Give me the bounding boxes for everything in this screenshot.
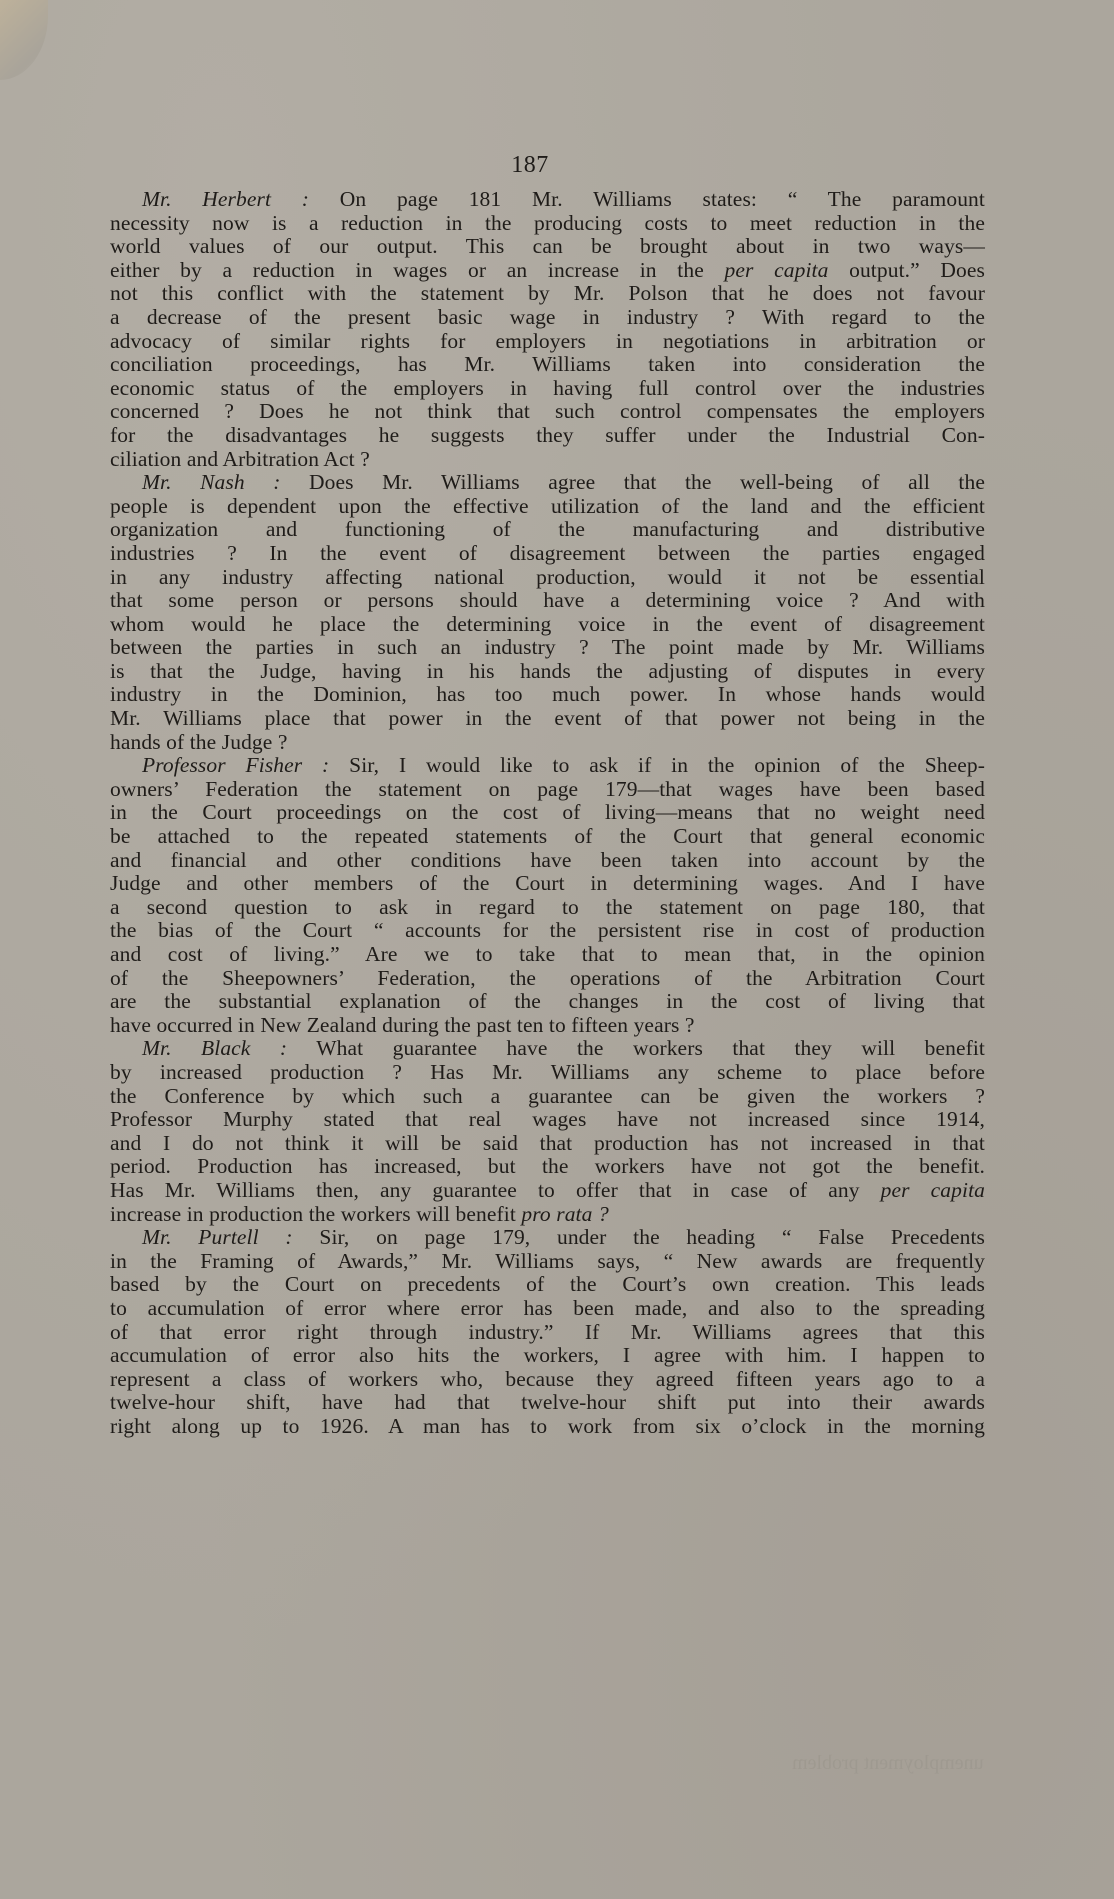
text-line: in the Framing of Awards,” Mr. Williams … (110, 1250, 985, 1274)
speaker-name: Professor Fisher : (142, 753, 329, 777)
text-line: the Conference by which such a guarantee… (110, 1085, 985, 1109)
text-line: Mr. Williams place that power in the eve… (110, 707, 985, 731)
text-line: period. Production has increased, but th… (110, 1155, 985, 1179)
text-line: are the substantial explanation of the c… (110, 990, 985, 1014)
speaker-paragraph: Mr. Nash : Does Mr. Williams agree that … (110, 471, 985, 754)
text-line: of the Sheepowners’ Federation, the oper… (110, 967, 985, 991)
speaker-name: Mr. Nash : (142, 470, 280, 494)
text-line: world values of our output. This can be … (110, 235, 985, 259)
text-line: is that the Judge, having in his hands t… (110, 660, 985, 684)
text-line: to accumulation of error where error has… (110, 1297, 985, 1321)
speaker-paragraph: Mr. Herbert : On page 181 Mr. Williams s… (110, 188, 985, 471)
text-line: represent a class of workers who, becaus… (110, 1368, 985, 1392)
text-line: based by the Court on precedents of the … (110, 1273, 985, 1297)
text-line: accumulation of error also hits the work… (110, 1344, 985, 1368)
text-line: by increased production ? Has Mr. Willia… (110, 1061, 985, 1085)
text-line: whom would he place the determining voic… (110, 613, 985, 637)
text-line: a decrease of the present basic wage in … (110, 306, 985, 330)
text-line: owners’ Federation the statement on page… (110, 778, 985, 802)
italic-phrase: per capita (725, 258, 829, 282)
text-line: people is dependent upon the effective u… (110, 495, 985, 519)
text-line: Has Mr. Williams then, any guarantee to … (110, 1179, 985, 1203)
text-line: twelve-hour shift, have had that twelve-… (110, 1391, 985, 1415)
page-corner-stain (0, 0, 48, 80)
speaker-name: Mr. Black : (142, 1036, 287, 1060)
text-line: conciliation proceedings, has Mr. Willia… (110, 353, 985, 377)
text-line: the bias of the Court “ accounts for the… (110, 919, 985, 943)
text-line: increase in production the workers will … (110, 1203, 985, 1227)
text-line: Mr. Black : What guarantee have the work… (110, 1037, 985, 1061)
speaker-paragraph: Mr. Purtell : Sir, on page 179, under th… (110, 1226, 985, 1438)
text-line: industries ? In the event of disagreemen… (110, 542, 985, 566)
text-line: that some person or persons should have … (110, 589, 985, 613)
italic-phrase: pro rata ? (521, 1202, 608, 1226)
text-line: Mr. Nash : Does Mr. Williams agree that … (110, 471, 985, 495)
speaker-paragraph: Professor Fisher : Sir, I would like to … (110, 754, 985, 1037)
text-line: Mr. Purtell : Sir, on page 179, under th… (110, 1226, 985, 1250)
speaker-paragraph: Mr. Black : What guarantee have the work… (110, 1037, 985, 1226)
text-line: and I do not think it will be said that … (110, 1132, 985, 1156)
text-line: of that error right through industry.” I… (110, 1321, 985, 1345)
text-line: not this conflict with the statement by … (110, 282, 985, 306)
bleed-through-text: unemployment problem (792, 1752, 984, 1775)
text-line: ciliation and Arbitration Act ? (110, 448, 985, 472)
text-line: either by a reduction in wages or an inc… (110, 259, 985, 283)
text-line: be attached to the repeated statements o… (110, 825, 985, 849)
text-line: have occurred in New Zealand during the … (110, 1014, 985, 1038)
text-line: and cost of living.” Are we to take that… (110, 943, 985, 967)
speaker-name: Mr. Purtell : (142, 1225, 293, 1249)
text-line: organization and functioning of the manu… (110, 518, 985, 542)
text-line: Professor Murphy stated that real wages … (110, 1108, 985, 1132)
speaker-name: Mr. Herbert : (142, 187, 309, 211)
text-line: right along up to 1926. A man has to wor… (110, 1415, 985, 1439)
text-line: and financial and other conditions have … (110, 849, 985, 873)
text-line: hands of the Judge ? (110, 731, 985, 755)
text-line: industry in the Dominion, has too much p… (110, 683, 985, 707)
text-line: a second question to ask in regard to th… (110, 896, 985, 920)
text-line: Professor Fisher : Sir, I would like to … (110, 754, 985, 778)
text-line: Mr. Herbert : On page 181 Mr. Williams s… (110, 188, 985, 212)
text-line: between the parties in such an industry … (110, 636, 985, 660)
text-line: necessity now is a reduction in the prod… (110, 212, 985, 236)
text-line: economic status of the employers in havi… (110, 377, 985, 401)
document-body: Mr. Herbert : On page 181 Mr. Williams s… (110, 188, 985, 1438)
page-number: 187 (0, 152, 1060, 179)
text-line: advocacy of similar rights for employers… (110, 330, 985, 354)
text-line: for the disadvantages he suggests they s… (110, 424, 985, 448)
text-line: Judge and other members of the Court in … (110, 872, 985, 896)
text-line: in the Court proceedings on the cost of … (110, 801, 985, 825)
italic-phrase: per capita (881, 1178, 985, 1202)
text-line: in any industry affecting national produ… (110, 566, 985, 590)
text-line: concerned ? Does he not think that such … (110, 400, 985, 424)
